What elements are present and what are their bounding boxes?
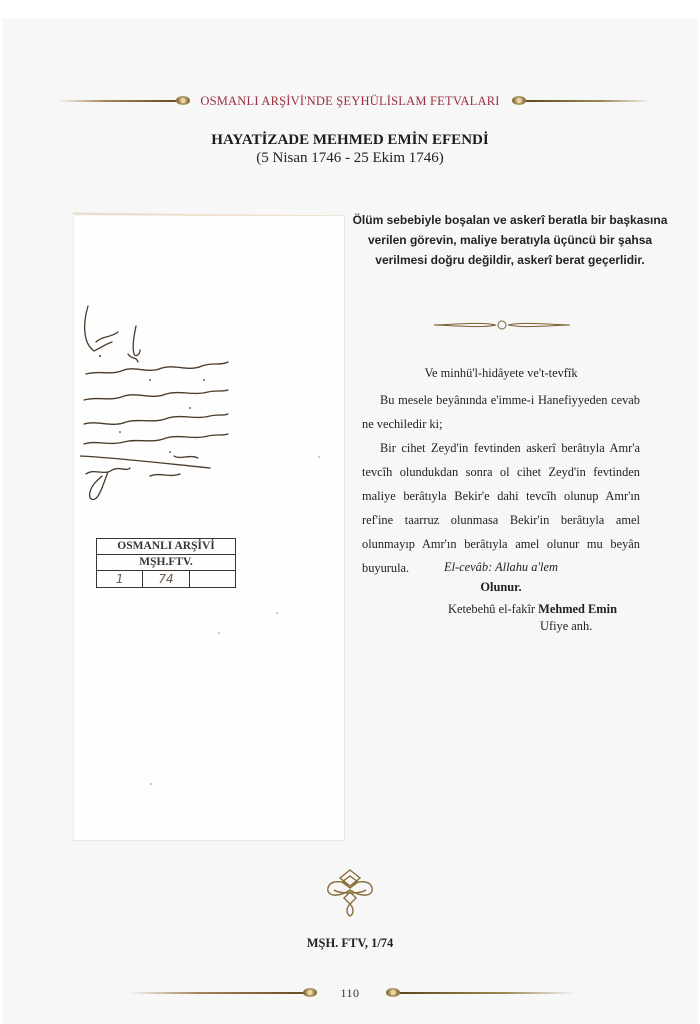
question-paragraph-1: Bu mesele beyânında e'imme-i Hanefiyyede… <box>362 388 640 436</box>
answer-intro: El-cevâb: Allahu a'lem <box>362 560 640 575</box>
footer-rule-right <box>400 992 576 994</box>
document-title: HAYATİZADE MEHMED EMİN EFENDİ <box>0 132 700 149</box>
rule-finial-icon <box>512 96 526 105</box>
invocation-line: Ve minhü'l-hidâyete ve't-tevfîk <box>362 366 640 381</box>
archive-reference: MŞH. FTV, 1/74 <box>0 936 700 951</box>
paper-speck <box>276 612 278 614</box>
answer: Olunur. <box>362 580 640 595</box>
stamp-collection-code: MŞH.FTV. <box>97 555 235 571</box>
signature-prefix: Ketebehû el-fakîr <box>448 602 535 616</box>
page-number: 110 <box>0 986 700 1001</box>
question-paragraph-2: Bir cihet Zeyd'in fevtinden askerî berât… <box>362 436 640 580</box>
stamp-blank-cell <box>190 571 235 587</box>
header-rule-right <box>526 100 652 102</box>
paragraph-text: Bu mesele beyânında e'imme-i Hanefiyyede… <box>362 388 640 436</box>
fatwa-summary: Ölüm sebebiyle boşalan ve askerî beratla… <box>352 210 668 270</box>
rule-finial-icon <box>386 988 400 997</box>
divider-ornament-icon <box>432 318 572 332</box>
signature-name: Mehmed Emin <box>538 602 617 616</box>
archive-stamp: OSMANLI ARŞİVİ MŞH.FTV. 1 74 <box>96 538 236 588</box>
paper-speck <box>150 783 152 785</box>
signature-suffix: Ufiye anh. <box>540 619 592 634</box>
paper-speck <box>318 456 320 458</box>
paper-speck <box>218 632 220 634</box>
stamp-document-number: 74 <box>143 571 189 587</box>
ottoman-handwriting <box>80 296 230 506</box>
signature-line: Ketebehû el-fakîr Mehmed Emin <box>448 602 617 617</box>
document-dates: (5 Nisan 1746 - 25 Ekim 1746) <box>0 150 700 167</box>
stamp-folder-number: 1 <box>97 571 143 587</box>
stamp-archive-name: OSMANLI ARŞİVİ <box>97 539 235 555</box>
paragraph-text: Bir cihet Zeyd'in fevtinden askerî berât… <box>362 436 640 580</box>
knot-ornament-icon <box>324 866 376 918</box>
